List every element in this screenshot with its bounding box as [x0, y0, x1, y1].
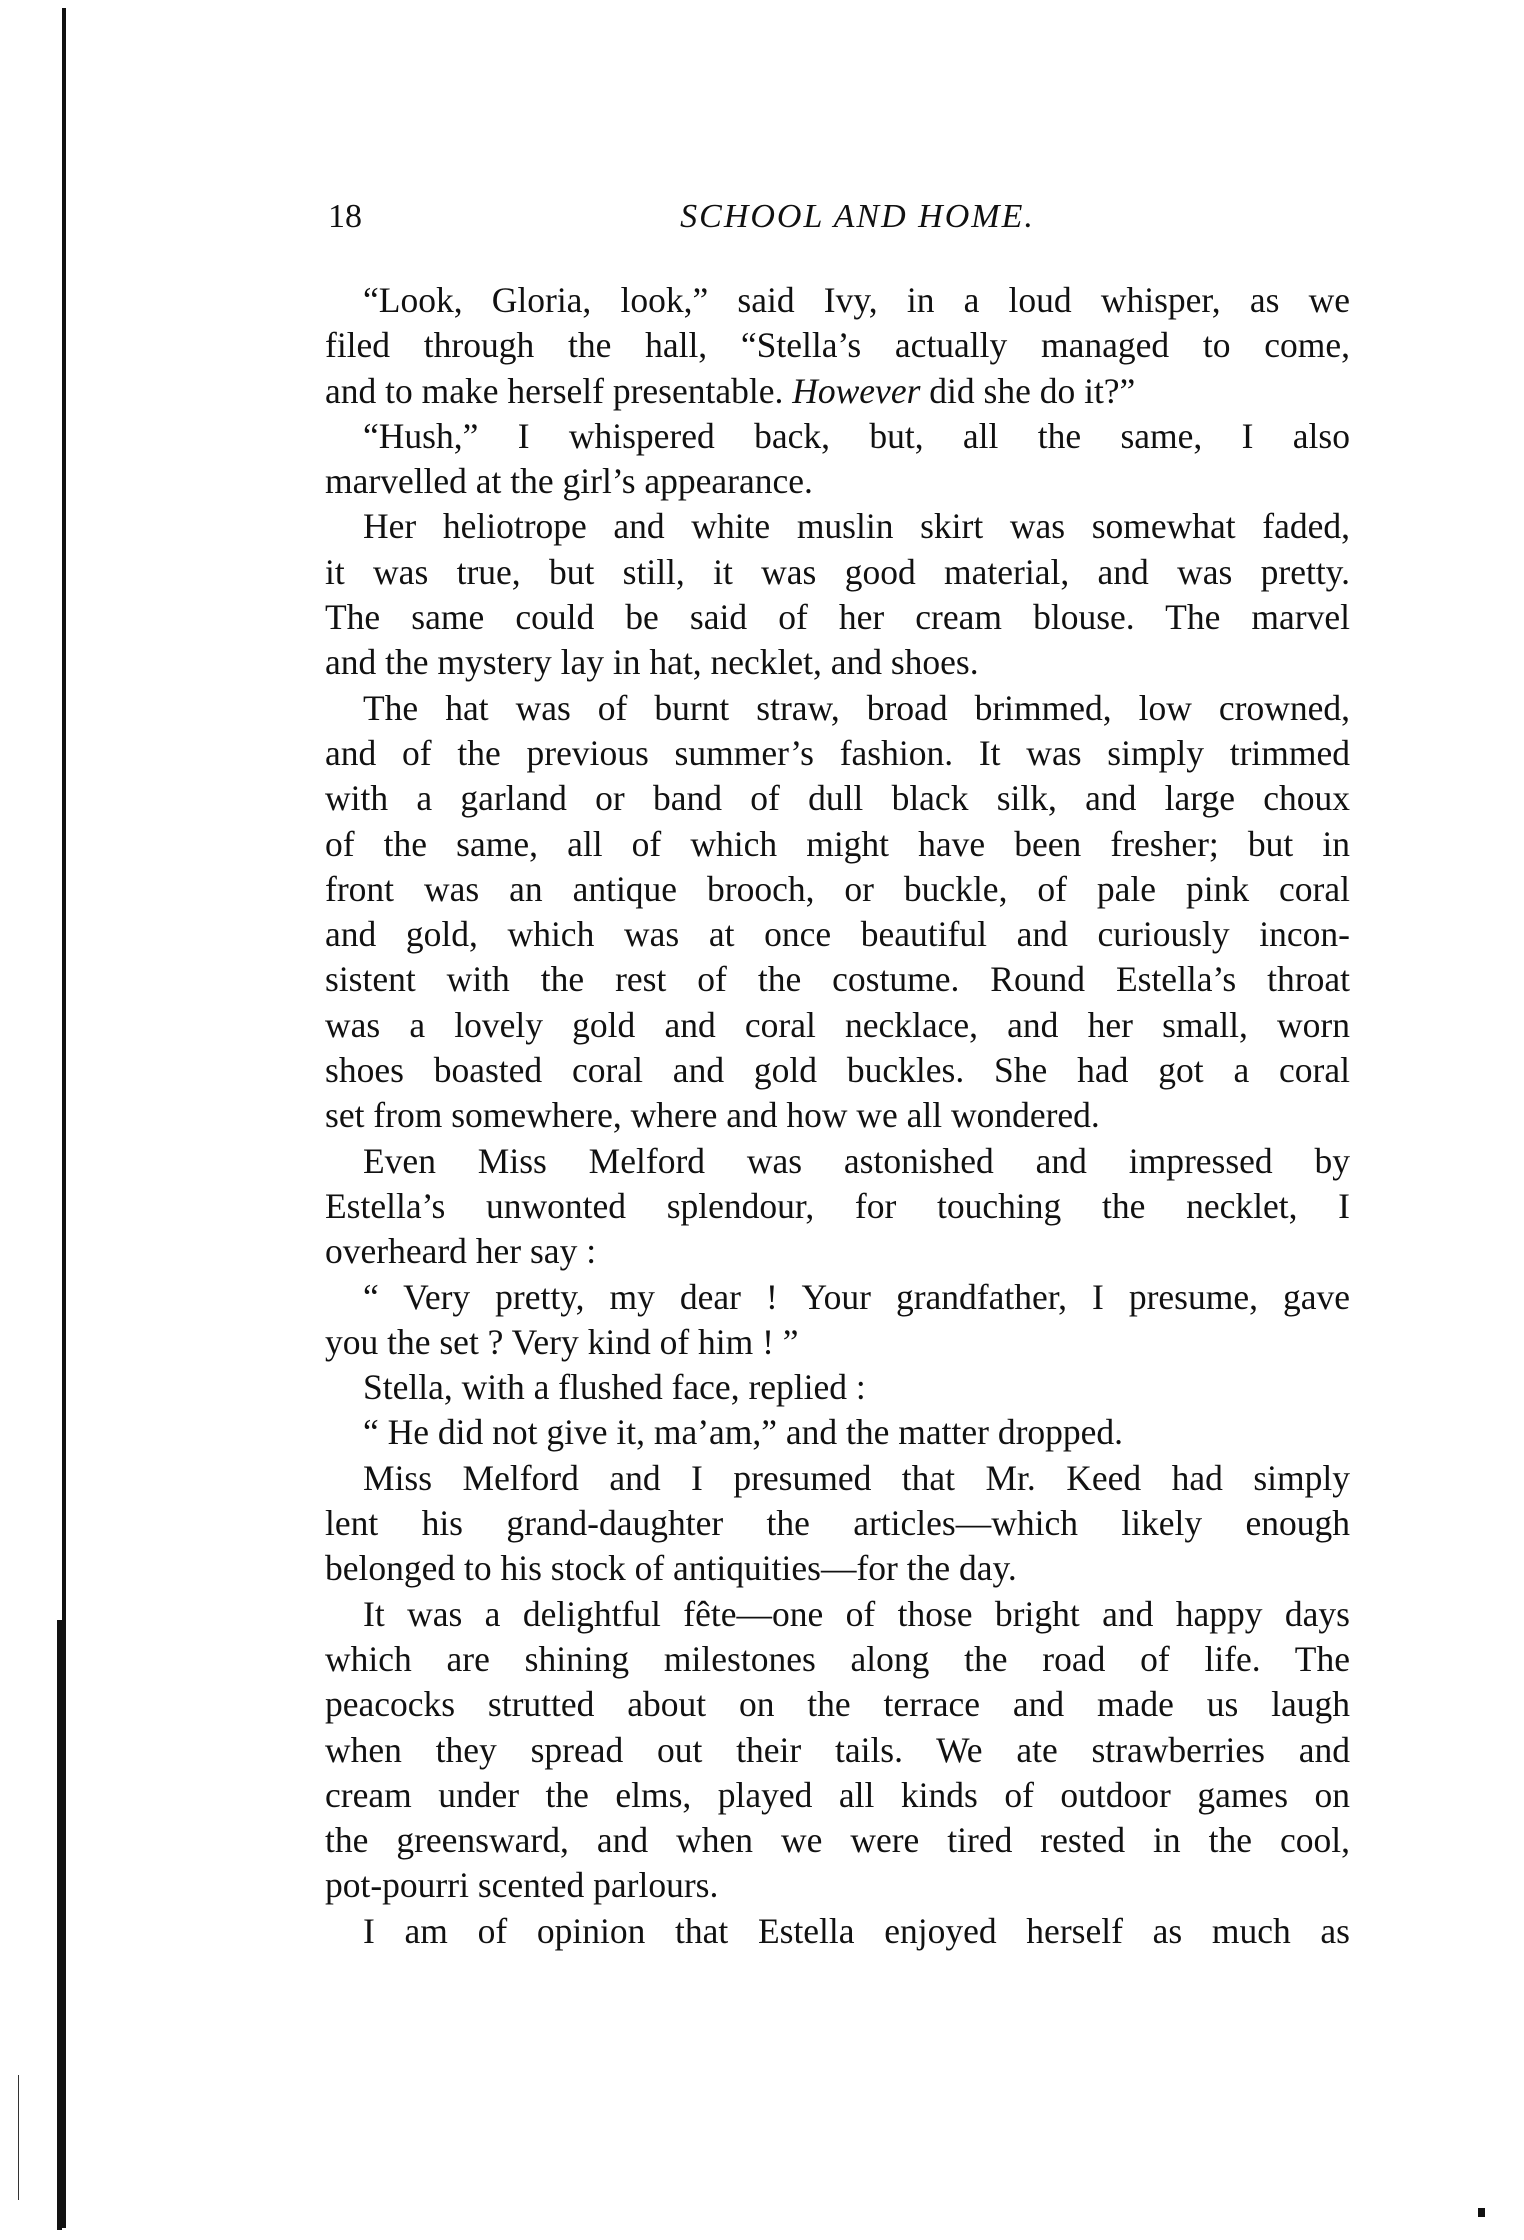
running-head-title: SCHOOL AND HOME.	[325, 198, 1350, 236]
paragraph: Even Miss Melford was astonished and imp…	[325, 1139, 1350, 1275]
binding-edge-thin-line	[18, 2075, 19, 2200]
text-line: “ He did not give it, ma’am,” and the ma…	[325, 1410, 1350, 1455]
paragraph: It was a delightful fête—one of those br…	[325, 1592, 1350, 1909]
text-line: sistent with the rest of the costume. Ro…	[325, 957, 1350, 1002]
text-line: lent his grand-daughter the articles—whi…	[325, 1501, 1350, 1546]
text-line: “ Very pretty, my dear ! Your grandfathe…	[325, 1275, 1350, 1320]
paragraph: Stella, with a flushed face, replied :	[325, 1365, 1350, 1410]
text-line: with a garland or band of dull black sil…	[325, 776, 1350, 821]
scan-corner-mark	[1478, 2208, 1485, 2217]
text-line: belonged to his stock of antiquities—for…	[325, 1546, 1350, 1591]
text-line: the greensward, and when we were tired r…	[325, 1818, 1350, 1863]
paragraph: Her heliotrope and white muslin skirt wa…	[325, 504, 1350, 685]
paragraph: “Look, Gloria, look,” said Ivy, in a lou…	[325, 278, 1350, 414]
text-line: It was a delightful fête—one of those br…	[325, 1592, 1350, 1637]
binding-edge-shadow	[57, 1620, 62, 2230]
text-line: filed through the hall, “Stella’s actual…	[325, 323, 1350, 368]
text-line: and the mystery lay in hat, necklet, and…	[325, 640, 1350, 685]
text-line: The hat was of burnt straw, broad brimme…	[325, 686, 1350, 731]
paragraph: I am of opinion that Estella enjoyed her…	[325, 1909, 1350, 1954]
text-line: of the same, all of which might have bee…	[325, 822, 1350, 867]
paragraph: “ He did not give it, ma’am,” and the ma…	[325, 1410, 1350, 1455]
text-line: front was an antique brooch, or buckle, …	[325, 867, 1350, 912]
binding-edge-line	[62, 8, 66, 2228]
text-line: Stella, with a flushed face, replied :	[325, 1365, 1350, 1410]
text-line: you the set ? Very kind of him ! ”	[325, 1320, 1350, 1365]
text-line: which are shining milestones along the r…	[325, 1637, 1350, 1682]
text-line: peacocks strutted about on the terrace a…	[325, 1682, 1350, 1727]
text-line: “Hush,” I whispered back, but, all the s…	[325, 414, 1350, 459]
text-line: The same could be said of her cream blou…	[325, 595, 1350, 640]
text-line: and to make herself presentable. However…	[325, 369, 1350, 414]
text-line: Miss Melford and I presumed that Mr. Kee…	[325, 1456, 1350, 1501]
text-line: Even Miss Melford was astonished and imp…	[325, 1139, 1350, 1184]
text-line: “Look, Gloria, look,” said Ivy, in a lou…	[325, 278, 1350, 323]
paragraph: Miss Melford and I presumed that Mr. Kee…	[325, 1456, 1350, 1592]
text-line: I am of opinion that Estella enjoyed her…	[325, 1909, 1350, 1954]
text-line: and gold, which was at once beautiful an…	[325, 912, 1350, 957]
text-line: it was true, but still, it was good mate…	[325, 550, 1350, 595]
text-line: marvelled at the girl’s appearance.	[325, 459, 1350, 504]
text-line: shoes boasted coral and gold buckles. Sh…	[325, 1048, 1350, 1093]
text-line: when they spread out their tails. We ate…	[325, 1728, 1350, 1773]
paragraph: The hat was of burnt straw, broad brimme…	[325, 686, 1350, 1139]
running-head: 18 SCHOOL AND HOME.	[325, 198, 1350, 248]
emphasis: However	[792, 371, 920, 411]
text-line: and of the previous summer’s fashion. It…	[325, 731, 1350, 776]
text-line: Estella’s unwonted splendour, for touchi…	[325, 1184, 1350, 1229]
paragraph: “ Very pretty, my dear ! Your grandfathe…	[325, 1275, 1350, 1366]
body-text: “Look, Gloria, look,” said Ivy, in a lou…	[325, 278, 1350, 1954]
text-line: set from somewhere, where and how we all…	[325, 1093, 1350, 1138]
text-line: overheard her say :	[325, 1229, 1350, 1274]
text-line: pot-pourri scented parlours.	[325, 1863, 1350, 1908]
text-line: cream under the elms, played all kinds o…	[325, 1773, 1350, 1818]
text-line: Her heliotrope and white muslin skirt wa…	[325, 504, 1350, 549]
paragraph: “Hush,” I whispered back, but, all the s…	[325, 414, 1350, 505]
text-line: was a lovely gold and coral necklace, an…	[325, 1003, 1350, 1048]
